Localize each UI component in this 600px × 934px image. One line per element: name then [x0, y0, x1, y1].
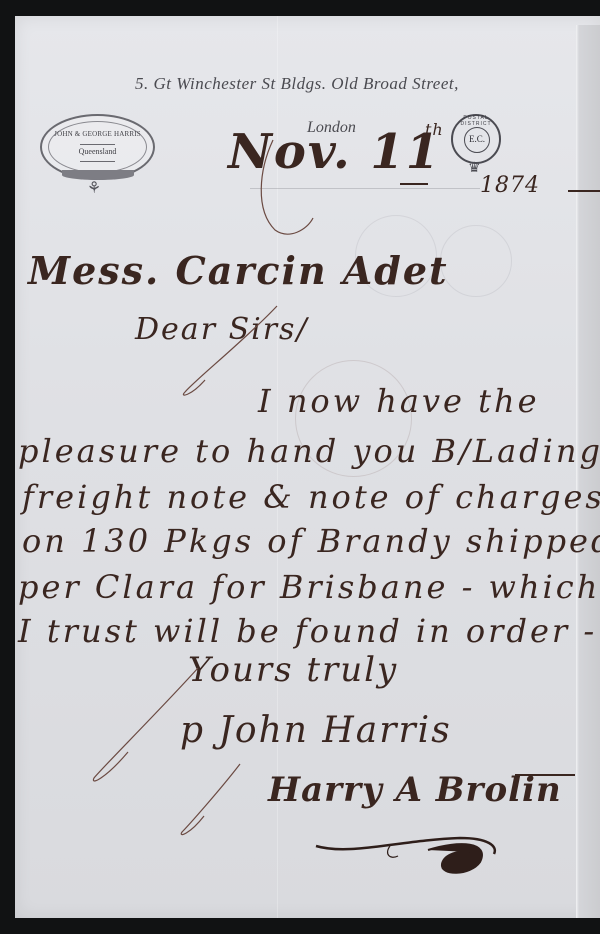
logo-company-name: JOHN & GEORGE HARRIS	[42, 130, 153, 138]
logo-rule-bottom	[80, 161, 115, 162]
scan-background: 5. Gt Winchester St Bldgs. Old Broad Str…	[0, 0, 600, 934]
date-suffix: th	[425, 120, 444, 139]
logo-location: Queensland	[42, 147, 153, 156]
body-line-6: I trust will be found in order -	[18, 612, 597, 650]
greeting: Dear Sirs/	[135, 312, 309, 347]
body-line-4: on 130 Pkgs of Brandy shipped	[22, 522, 600, 560]
signature-flourish	[310, 832, 510, 882]
body-line-2: pleasure to hand you B/Lading	[18, 432, 600, 470]
valediction: Yours truly	[188, 650, 398, 690]
body-line-1: I now have the	[258, 382, 540, 420]
body-line-3: freight note & note of charges	[22, 478, 600, 516]
paper-fold-edge	[576, 25, 600, 918]
stamp-center-text: E.C.	[464, 127, 490, 153]
postal-district-stamp: POSTAL DISTRICT E.C.	[451, 114, 501, 164]
signature-harry-brolin: Harry A Brolin	[268, 770, 562, 810]
emboss-watermark	[440, 225, 512, 297]
date-dash-short	[400, 183, 428, 185]
body-line-5: per Clara for Brisbane - which	[18, 568, 600, 606]
addressee: Mess. Carcin Adet	[28, 248, 449, 293]
date-rule-line	[250, 188, 480, 189]
signature-john-harris: p John Harris	[180, 710, 452, 751]
stamp-arc-text: POSTAL DISTRICT	[451, 115, 501, 127]
letterhead-address: 5. Gt Winchester St Bldgs. Old Broad Str…	[135, 74, 459, 94]
date-year: 1874	[480, 173, 540, 198]
crest-icon: ⚘	[86, 176, 102, 202]
date-dash	[568, 190, 600, 192]
date-month-day: Nov. 11	[228, 124, 441, 180]
crown-icon: ♛	[468, 160, 481, 177]
logo-rule-top	[80, 144, 115, 145]
